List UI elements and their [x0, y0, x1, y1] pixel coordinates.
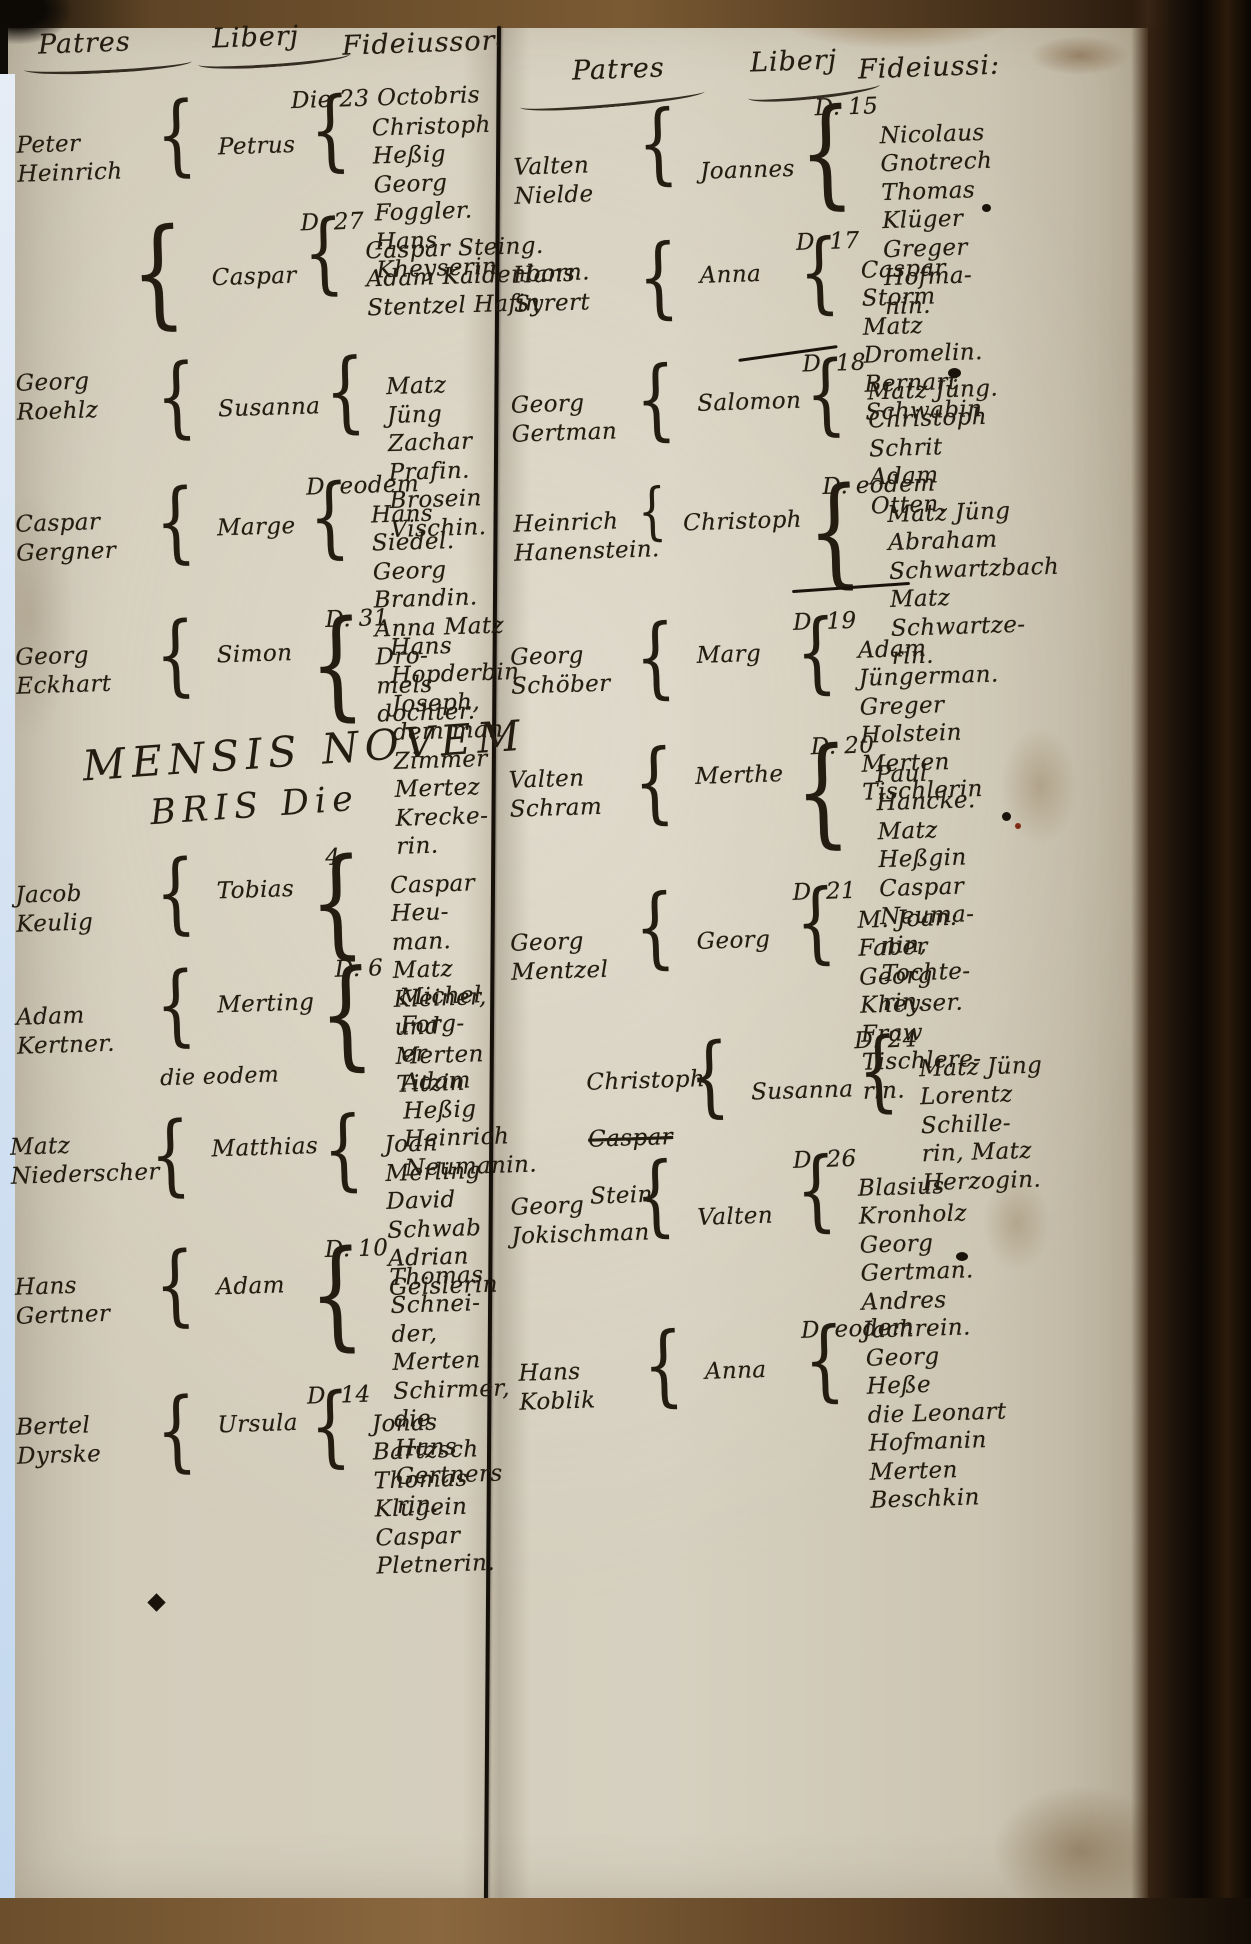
child-name: Caspar [210, 209, 302, 327]
father-name: Hans Koblik [517, 1322, 643, 1526]
header-fideiussores-right: Fideiussi: [858, 50, 1001, 86]
baptism-entry: Hans Koblik Anna D. eodem Georg Heße die… [517, 1310, 1013, 1526]
ink-spot [1002, 812, 1011, 821]
header-liberi-left: Liberj [211, 20, 299, 54]
opening-brace [155, 1386, 202, 1588]
opening-brace [129, 213, 187, 330]
ink-spot [982, 204, 991, 212]
child-name: Ursula [216, 1383, 310, 1586]
closing-brace [303, 208, 347, 324]
note-die-eodem: die eodem [160, 1062, 280, 1093]
closing-brace [803, 1315, 850, 1517]
book-bottom-edge [0, 1898, 1251, 1944]
baptism-entry: Bertel Dyrske Ursula D. 14 Jonas Bartzsc… [15, 1376, 511, 1592]
ink-spot [948, 368, 961, 378]
closing-brace [309, 1381, 356, 1583]
ink-spot-red [1015, 823, 1021, 829]
child-name: Anna [703, 1317, 804, 1520]
ink-spot [956, 1252, 968, 1261]
father-name [98, 215, 128, 331]
father-name: Christoph [586, 1065, 685, 1097]
opening-brace [642, 1321, 689, 1523]
book-binding-right [1131, 0, 1251, 1944]
header-liberi-right: Liberj [749, 44, 837, 78]
header-patres-left: Patres [37, 26, 131, 60]
book-top-edge [0, 0, 1251, 28]
scan-backing-strip [0, 74, 15, 1910]
father-name: Bertel Dyrske [15, 1388, 156, 1593]
sponsor-names: Jonas Bartzsch Thomas Klugein Caspar Ple… [372, 1406, 512, 1581]
header-patres-right: Patres [571, 52, 665, 86]
header-fideiussores-left: Fideiussores [342, 25, 499, 61]
sponsor-names: Georg Heße die Leonart Hofmanin Merten B… [866, 1340, 1014, 1515]
